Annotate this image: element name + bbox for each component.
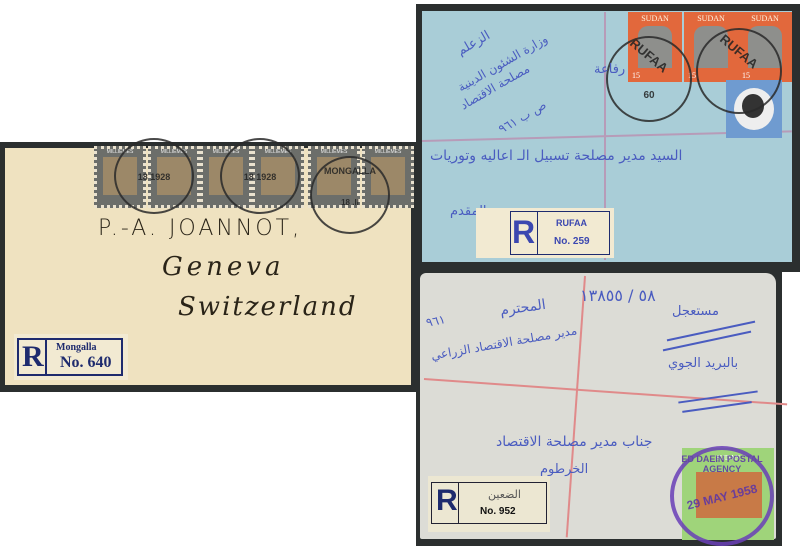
registration-label: R الضعين No. 952	[428, 476, 550, 532]
registration-label: R RUFAA No. 259	[476, 208, 614, 258]
registration-letter: R	[22, 340, 44, 374]
registration-office: Mongalla	[56, 342, 97, 353]
postmark: 18 1928	[220, 138, 300, 214]
registration-number: No. 259	[554, 236, 590, 247]
postmark: RUFAA	[696, 28, 782, 114]
rufaa-cover: SUDAN15 SUDAN15 SUDAN15 RUFAA 60 RUFAA ا…	[416, 4, 800, 268]
registration-label: R Mongalla No. 640	[14, 334, 128, 380]
mongalla-cover: MILLIEMES MILLIEMES MILLIEMES MILLIEMES …	[0, 142, 416, 392]
registration-letter: R	[512, 214, 535, 251]
registration-office: RUFAA	[556, 218, 587, 228]
registration-office: الضعين	[488, 488, 521, 501]
arabic-text: رفاعة	[594, 62, 625, 77]
arabic-text: بالبريد الجوي	[668, 356, 738, 371]
registration-number: No. 952	[480, 506, 516, 517]
arabic-text: الخرطوم	[540, 462, 588, 477]
arabic-address-line: السيد مدير مصلحة تسبيل الـ اعاليه وتوريا…	[430, 148, 682, 164]
address-name: P.-A. JOANNOT,	[98, 216, 302, 241]
arabic-text: مستعجل	[672, 304, 719, 319]
postmark: 18 1928	[114, 138, 194, 214]
address-country: Switzerland	[178, 292, 358, 322]
postmark: RUFAA 60	[606, 36, 692, 122]
arabic-reference-number: ٥٨ / ١٣٨٥٥	[580, 286, 656, 305]
postmark: MONGALLA 18 .II	[310, 156, 390, 234]
ed-daein-cover: ٥٨ / ١٣٨٥٥ المحترم ٩٦١ مدير مصلحة الاقتص…	[416, 266, 800, 546]
address-city: Geneva	[162, 252, 284, 282]
registration-letter: R	[436, 484, 458, 518]
postmark: ED DAEIN POSTAL AGENCY 29 MAY 1958	[670, 446, 774, 546]
arabic-text: جناب مدير مصلحة الاقتصاد	[496, 434, 652, 450]
registration-number: No. 640	[60, 354, 112, 372]
